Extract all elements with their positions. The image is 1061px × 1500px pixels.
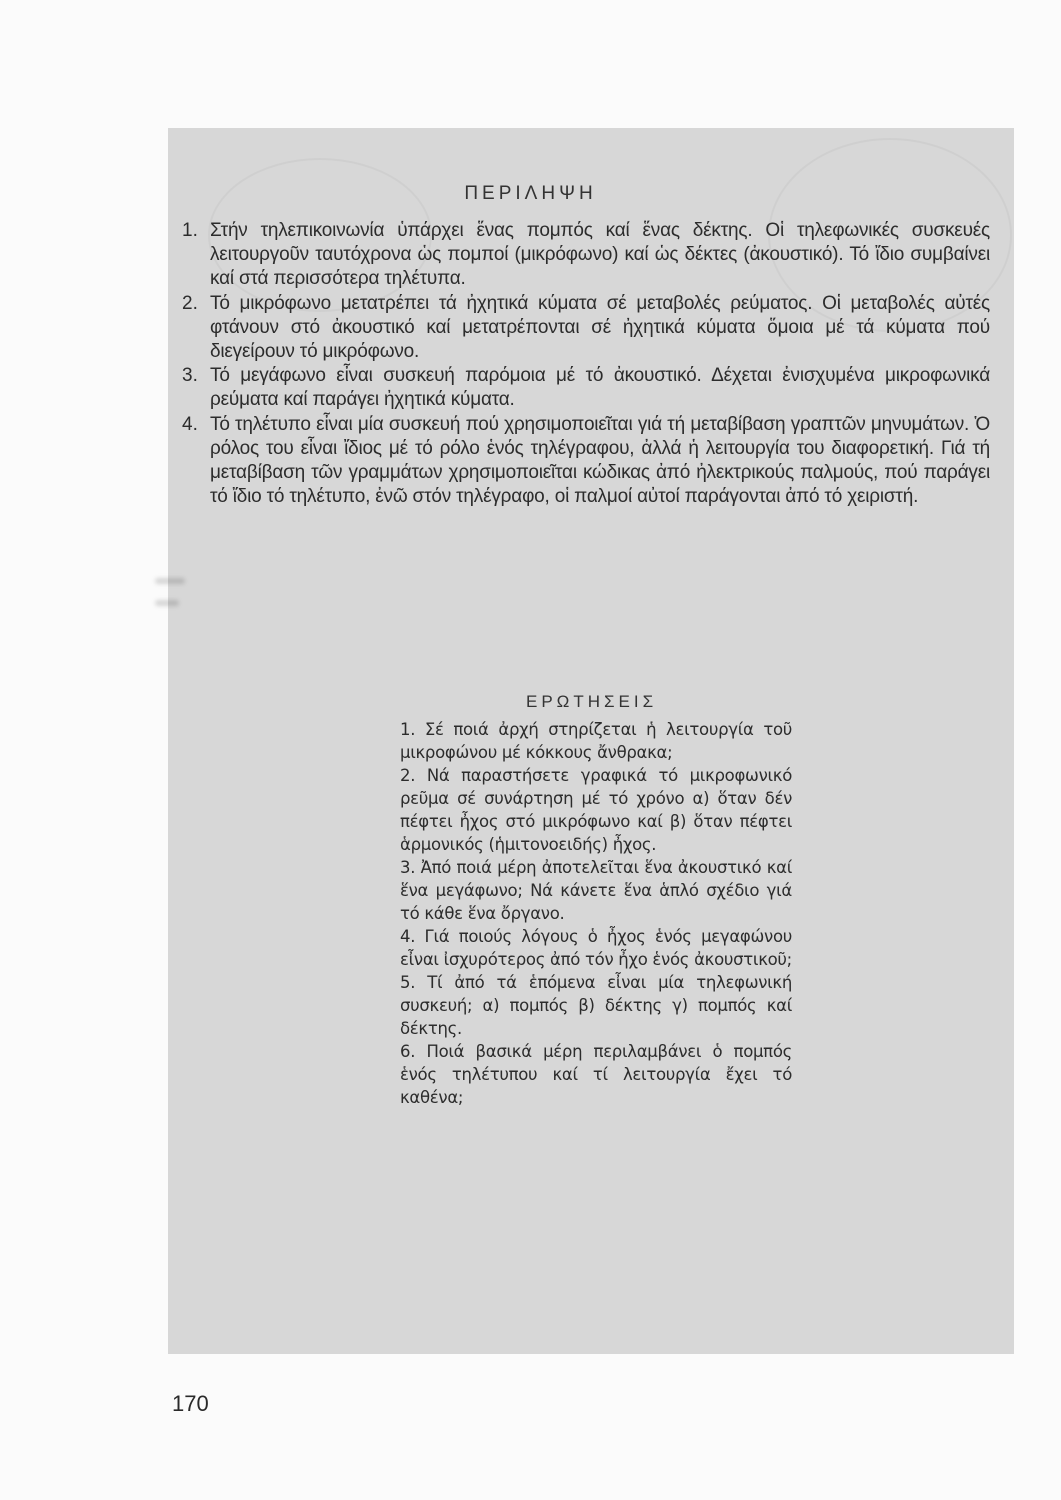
question-item: 4. Γιά ποιούς λόγους ὁ ἦχος ἑνός μεγαφών…: [400, 925, 792, 971]
page-number: 170: [172, 1391, 209, 1417]
summary-item-text: Τό τηλέτυπο εἶναι μία συσκευή πού χρησιμ…: [210, 413, 990, 510]
scan-edge-mark: [155, 578, 185, 584]
questions-heading: ΕΡΩΤΗΣΕΙΣ: [526, 692, 657, 712]
question-item: 5. Τί ἀπό τά ἑπόμενα εἶναι μία τηλεφωνικ…: [400, 971, 792, 1040]
question-item: 3. Ἀπό ποιά μέρη ἀποτελεῖται ἕνα ἀκουστι…: [400, 856, 792, 925]
summary-item: 2. Τό μικρόφωνο μετατρέπει τά ἠχητικά κύ…: [182, 292, 990, 365]
summary-item-text: Τό μικρόφωνο μετατρέπει τά ἠχητικά κύματ…: [210, 292, 990, 365]
questions-list: 1. Σέ ποιά ἀρχή στηρίζεται ἡ λειτουργία …: [400, 718, 792, 1109]
summary-item: 1. Στήν τηλεπικοινωνία ὑπάρχει ἕνας πομπ…: [182, 219, 990, 292]
summary-list: 1. Στήν τηλεπικοινωνία ὑπάρχει ἕνας πομπ…: [182, 219, 990, 509]
question-item: 1. Σέ ποιά ἀρχή στηρίζεται ἡ λειτουργία …: [400, 718, 792, 764]
summary-item-text: Στήν τηλεπικοινωνία ὑπάρχει ἕνας πομπός …: [210, 219, 990, 292]
summary-item-number: 4.: [182, 413, 210, 510]
summary-heading: ΠΕΡΙΛΗΨΗ: [0, 183, 1061, 205]
scan-edge-mark: [155, 600, 179, 606]
summary-item-number: 1.: [182, 219, 210, 292]
question-item: 2. Νά παραστήσετε γραφικά τό μικροφωνικό…: [400, 764, 792, 856]
summary-item: 4. Τό τηλέτυπο εἶναι μία συσκευή πού χρη…: [182, 413, 990, 510]
question-item: 6. Ποιά βασικά μέρη περιλαμβάνει ὁ πομπό…: [400, 1040, 792, 1109]
summary-item: 3. Τό μεγάφωνο εἶναι συσκευή παρόμοια μέ…: [182, 364, 990, 412]
summary-item-number: 2.: [182, 292, 210, 365]
summary-item-text: Τό μεγάφωνο εἶναι συσκευή παρόμοια μέ τό…: [210, 364, 990, 412]
summary-item-number: 3.: [182, 364, 210, 412]
